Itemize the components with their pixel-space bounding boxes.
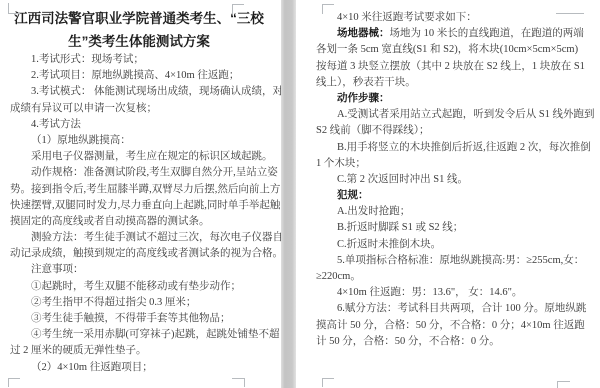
text-line: 3.考试模式： 体能测试现场出成绩，现场确认成绩，对 — [10, 84, 274, 100]
text-line: C.折返时未推倒木块。 — [316, 237, 592, 253]
crop-mark-icon — [232, 4, 244, 14]
text-line: 成绩有异议可以申请一次复核； — [10, 101, 274, 117]
text-line: A.受测试者采用站立式起跑，听到发令后从 S1 线外跑到 — [316, 107, 592, 123]
text-line: 测验方法：考生徒手测试不超过三次，每次电子仪器自 — [10, 230, 274, 246]
text-line: B.折返时脚踩 S1 或 S2 线； — [316, 220, 592, 236]
text-line: 2.考试项目：原地纵跳摸高、4×10m 往返跑； — [10, 68, 274, 84]
text-line: ③考生徒手触摸，不得带手套等其他物品； — [10, 311, 274, 327]
document-title-line2: 生”类考生体能测试方案 — [6, 31, 272, 54]
text-line: 快速摆臂,双腿同时发力,尽力垂直向上起跳,同时单手举起触 — [10, 198, 274, 214]
crop-mark-icon — [557, 381, 570, 388]
text-line: S2 线前（脚不得踩线）； — [316, 123, 592, 139]
crop-mark-icon — [322, 378, 334, 387]
left-page-lines: 1.考试形式：现场考试；2.考试项目：原地纵跳摸高、4×10m 往返跑；3.考试… — [10, 52, 274, 376]
text-line: 1 个木块； — [316, 156, 592, 172]
crop-mark-icon — [232, 378, 245, 387]
text-line: 6.赋分方法：考试科目共两项，合计 100 分。原地纵跳 — [316, 301, 592, 317]
text-line: ④考生统一采用赤脚(可穿袜子)起跳，起跳处铺垫不超 — [10, 327, 274, 343]
document-title: 江西司法警官职业学院普通类考生、“三校 生”类考生体能测试方案 — [6, 8, 272, 53]
text-line: （2）4×10m 往返跑项目； — [10, 360, 274, 376]
crop-mark-icon — [556, 4, 584, 14]
text-line: 4×10 米往返跑考试要求如下： — [316, 10, 592, 26]
text-line: 摸高计 50 分，合格：50 分，不合格：0 分；4×10m 往返跑 — [316, 318, 592, 334]
text-line: 计 50 分，合格：50 分，不合格：0 分。 — [316, 334, 592, 350]
text-line: 场地器械：场地为 10 米长的直线跑道，在跑道的两端 — [316, 26, 592, 42]
page-gap-divider — [281, 0, 296, 388]
crop-mark-icon — [8, 378, 20, 387]
document-view: 江西司法警官职业学院普通类考生、“三校 生”类考生体能测试方案 1.考试形式：现… — [0, 0, 600, 388]
text-line: （1）原地纵跳摸高： — [10, 133, 274, 149]
text-line: 各划一条 5cm 宽直线(S1 和 S2)，将木块(10cm×5cm×5cm) — [316, 42, 592, 58]
text-line: 1.考试形式：现场考试； — [10, 52, 274, 68]
text-line: ≥220cm。 — [316, 269, 592, 285]
text-line: 动作步骤： — [316, 91, 592, 107]
text-line: 过 2 厘米的硬质无弹性垫子。 — [10, 343, 274, 359]
text-line: 势。接到指令后,考生屈膝半蹲,双臂尽力后摆,然后向前上方 — [10, 182, 274, 198]
text-line: 动记录成绩，触摸到规定的高度线或者测试条的视为合格。 — [10, 246, 274, 262]
crop-mark-icon — [322, 4, 334, 14]
bold-label: 动作步骤： — [337, 93, 390, 104]
bold-label: 犯规： — [337, 190, 369, 201]
page-right[interactable]: 4×10 米往返跑考试要求如下：场地器械：场地为 10 米长的直线跑道，在跑道的… — [296, 0, 600, 388]
text-line: 4.考试方法 — [10, 117, 274, 133]
text-line: B.用手将竖立的木块推倒后折返,往返跑 2 次，每次推倒 — [316, 140, 592, 156]
bold-label: 场地器械： — [337, 28, 390, 39]
text-line: ①起跳时，考生双腿不能移动或有垫步动作； — [10, 279, 274, 295]
text-line: 动作规格：准备测试阶段,考生双脚自然分开,呈站立姿 — [10, 165, 274, 181]
text-line: ②考生指甲不得超过指尖 0.3 厘米； — [10, 295, 274, 311]
text-line: A.出发时抢跑； — [316, 204, 592, 220]
text-line: 线上），秒表若干块。 — [316, 75, 592, 91]
text-line: 采用电子仪器测量，考生应在规定的标识区域起跳。 — [10, 149, 274, 165]
text-line: 摸固定的高度线或者自动摸高器的测试条。 — [10, 214, 274, 230]
crop-mark-icon — [8, 3, 20, 14]
text-line: 按每道 3 块竖立摆放（其中 2 块放在 S2 线上，1 块放在 S1 — [316, 59, 592, 75]
page-left[interactable]: 江西司法警官职业学院普通类考生、“三校 生”类考生体能测试方案 1.考试形式：现… — [0, 0, 281, 388]
text-line: C.第 2 次返回时冲出 S1 线。 — [316, 172, 592, 188]
text-line: 注意事项： — [10, 262, 274, 278]
text-line: 4×10m 往返跑：男：13.6"， 女：14.6"。 — [316, 285, 592, 301]
right-page-lines: 4×10 米往返跑考试要求如下：场地器械：场地为 10 米长的直线跑道，在跑道的… — [316, 10, 592, 350]
text-line: 犯规： — [316, 188, 592, 204]
text-line: 5.单项指标合格标准：原地纵跳摸高:男：≥255cm,女： — [316, 253, 592, 269]
